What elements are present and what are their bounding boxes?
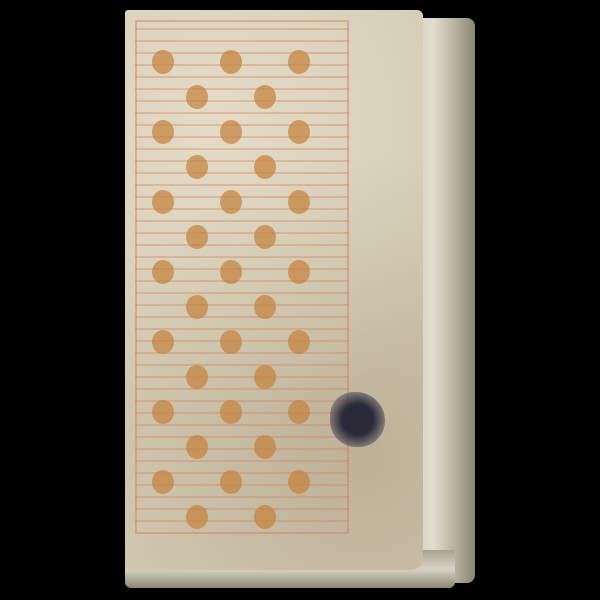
pattern-dot xyxy=(186,225,208,249)
pattern-dot xyxy=(186,365,208,389)
pattern-dot xyxy=(254,85,276,109)
pattern-dot xyxy=(152,330,174,354)
pattern-dot xyxy=(288,190,310,214)
pattern-dot xyxy=(152,120,174,144)
book-cover xyxy=(125,10,423,570)
pattern-dot xyxy=(288,330,310,354)
pattern-dot xyxy=(186,155,208,179)
pattern-dot xyxy=(220,50,242,74)
pattern-dot xyxy=(288,50,310,74)
pattern-dot xyxy=(186,295,208,319)
pattern-dot xyxy=(186,505,208,529)
pattern-dot xyxy=(186,85,208,109)
pattern-dot xyxy=(288,260,310,284)
pattern-dot xyxy=(152,190,174,214)
ink-stain xyxy=(330,392,385,447)
pattern-dot xyxy=(254,225,276,249)
pattern-dot xyxy=(288,120,310,144)
pattern-dot xyxy=(254,505,276,529)
pattern-dot xyxy=(152,400,174,424)
pattern-dot xyxy=(254,155,276,179)
pattern-dot xyxy=(220,190,242,214)
pattern-dot xyxy=(288,400,310,424)
pattern-dot xyxy=(220,470,242,494)
pattern-dot xyxy=(152,260,174,284)
pattern-dot xyxy=(152,470,174,494)
book xyxy=(125,10,475,590)
pattern-dot xyxy=(220,260,242,284)
pattern-dot xyxy=(152,50,174,74)
pattern-dot xyxy=(288,470,310,494)
pattern-dot xyxy=(186,435,208,459)
pattern-dot xyxy=(254,435,276,459)
decorative-pattern-panel xyxy=(135,20,349,534)
pattern-dot xyxy=(220,120,242,144)
pattern-dot xyxy=(254,295,276,319)
pattern-dot xyxy=(220,400,242,424)
pattern-dot xyxy=(220,330,242,354)
pattern-dot xyxy=(254,365,276,389)
